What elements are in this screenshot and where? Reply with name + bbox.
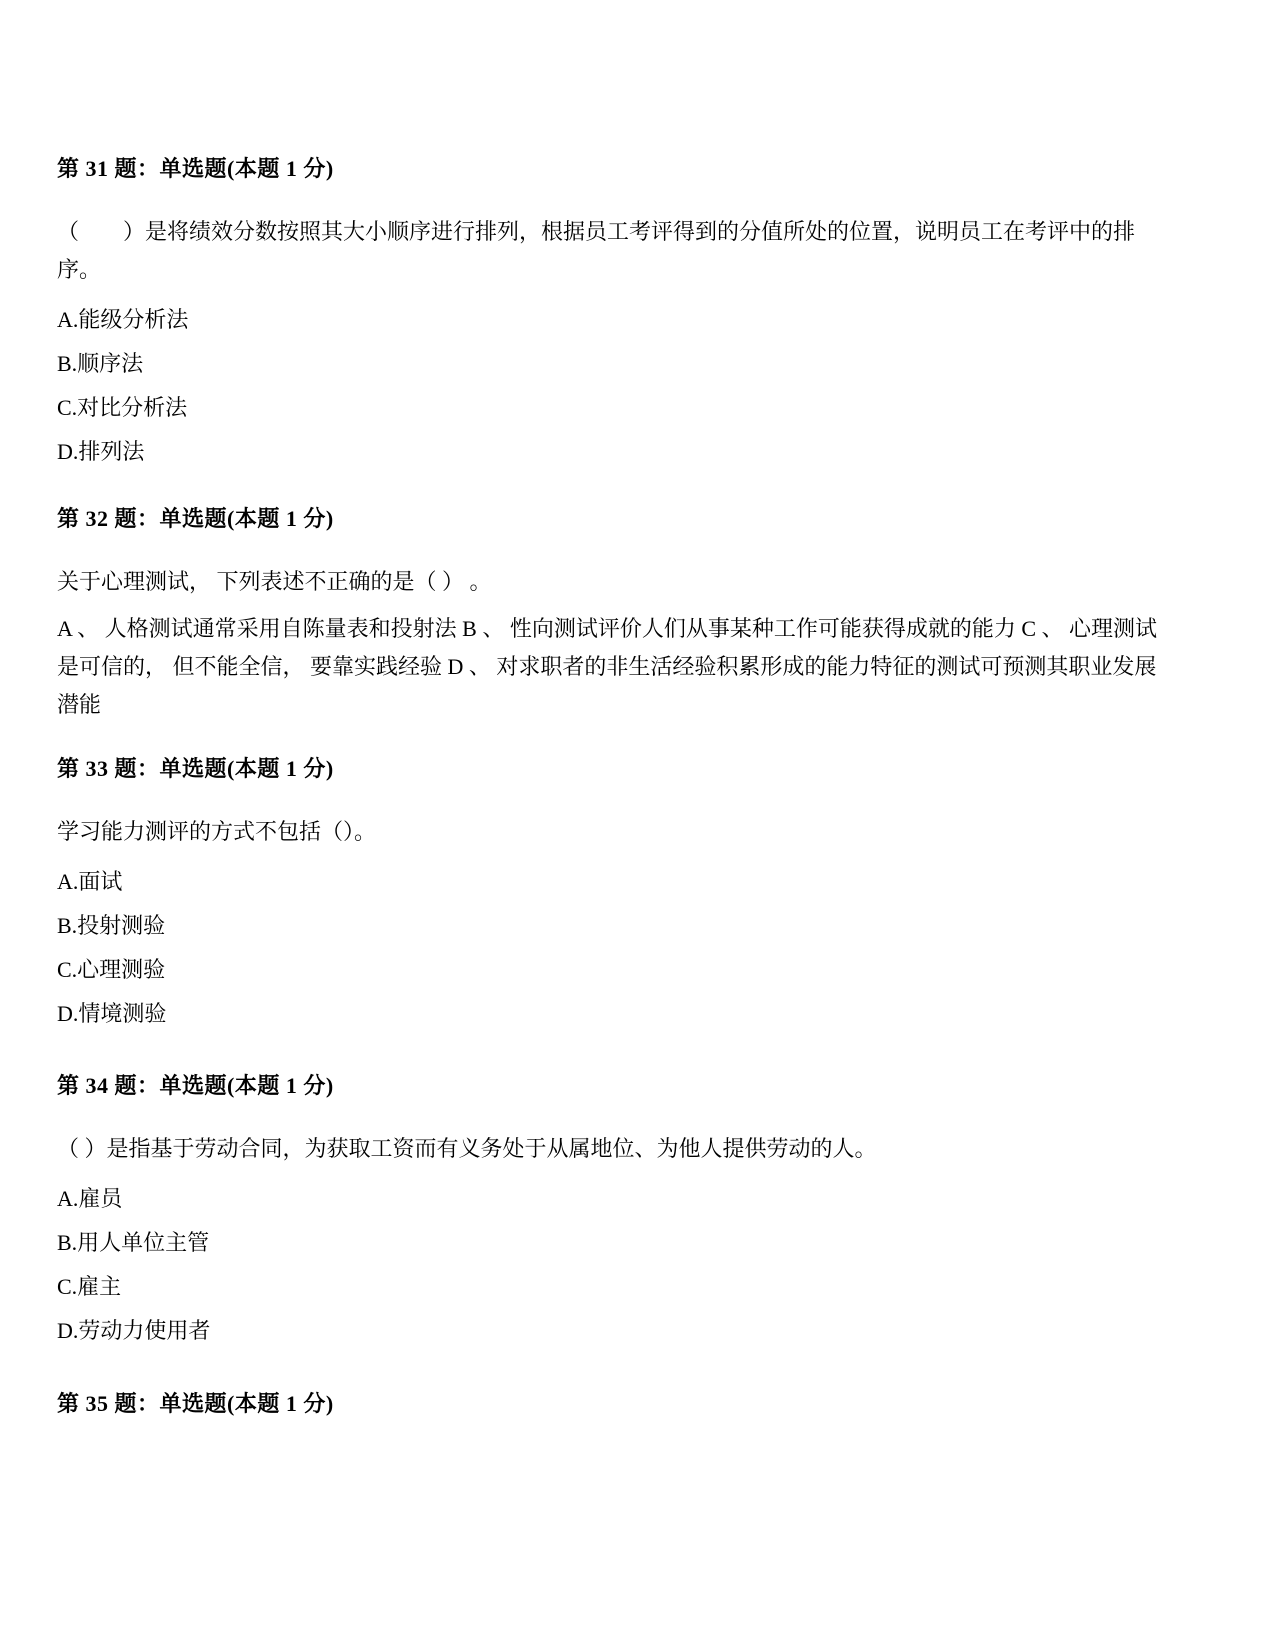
question-34-stem: （ ）是指基于劳动合同，为获取工资而有义务处于从属地位、为他人提供劳动的人。 <box>57 1130 1162 1168</box>
question-31: 第 31 题：单选题(本题 1 分) （ ）是将绩效分数按照其大小顺序进行排列，… <box>57 155 1162 465</box>
question-32: 第 32 题：单选题(本题 1 分) 关于心理测试， 下列表述不正确的是（ ） … <box>57 505 1162 724</box>
question-34-header: 第 34 题：单选题(本题 1 分) <box>57 1072 1162 1100</box>
question-33-stem: 学习能力测评的方式不包括（）。 <box>57 813 1162 851</box>
question-35-header: 第 35 题：单选题(本题 1 分) <box>57 1390 1162 1418</box>
question-34-option-b: B.用人单位主管 <box>57 1229 1162 1256</box>
question-34: 第 34 题：单选题(本题 1 分) （ ）是指基于劳动合同，为获取工资而有义务… <box>57 1072 1162 1344</box>
question-32-header: 第 32 题：单选题(本题 1 分) <box>57 505 1162 533</box>
question-33: 第 33 题：单选题(本题 1 分) 学习能力测评的方式不包括（）。 A.面试 … <box>57 755 1162 1027</box>
question-32-options-paragraph: A 、 人格测试通常采用自陈量表和投射法 B 、 性向测试评价人们从事某种工作可… <box>57 610 1162 724</box>
question-32-stem: 关于心理测试， 下列表述不正确的是（ ） 。 <box>57 563 1162 601</box>
question-31-header: 第 31 题：单选题(本题 1 分) <box>57 155 1162 183</box>
question-31-option-d: D.排列法 <box>57 438 1162 465</box>
question-31-stem: （ ）是将绩效分数按照其大小顺序进行排列，根据员工考评得到的分值所处的位置，说明… <box>57 213 1162 289</box>
question-33-header: 第 33 题：单选题(本题 1 分) <box>57 755 1162 783</box>
question-33-option-c: C.心理测验 <box>57 956 1162 983</box>
question-33-option-d: D.情境测验 <box>57 1000 1162 1027</box>
question-35: 第 35 题：单选题(本题 1 分) <box>57 1390 1162 1418</box>
question-31-option-b: B.顺序法 <box>57 350 1162 377</box>
question-33-option-a: A.面试 <box>57 868 1162 895</box>
exam-page: 第 31 题：单选题(本题 1 分) （ ）是将绩效分数按照其大小顺序进行排列，… <box>0 0 1275 1650</box>
question-34-option-c: C.雇主 <box>57 1273 1162 1300</box>
question-34-option-a: A.雇员 <box>57 1185 1162 1212</box>
question-34-option-d: D.劳动力使用者 <box>57 1317 1162 1344</box>
question-31-option-a: A.能级分析法 <box>57 306 1162 333</box>
question-31-option-c: C.对比分析法 <box>57 394 1162 421</box>
question-33-option-b: B.投射测验 <box>57 912 1162 939</box>
